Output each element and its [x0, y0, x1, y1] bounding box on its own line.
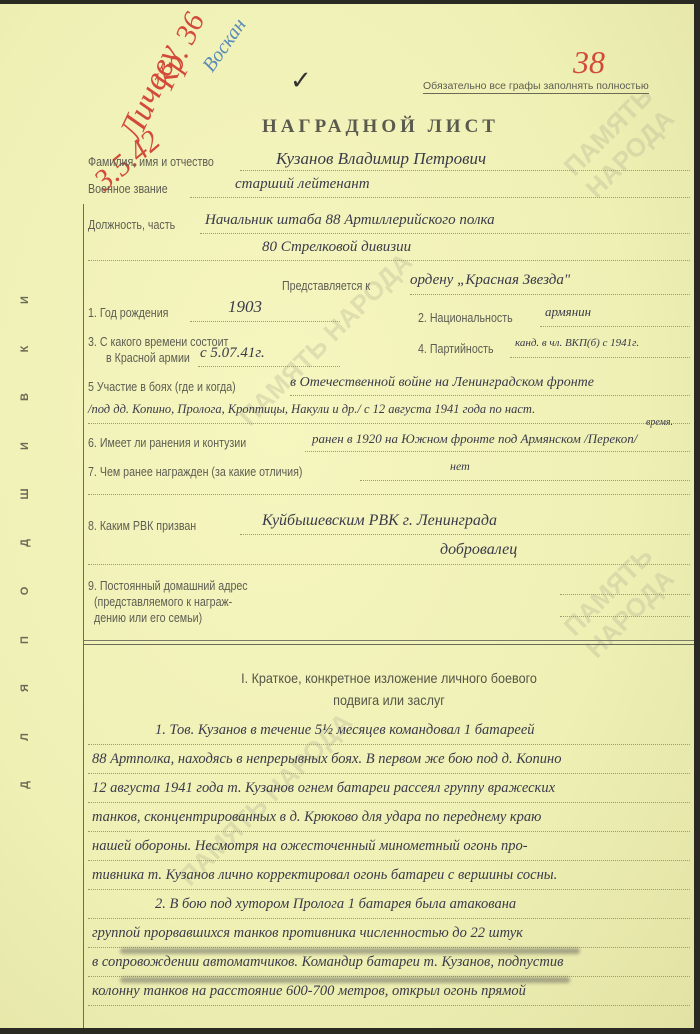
wounds-value: ранен в 1920 на Южном фронте под Армянск… [312, 431, 637, 447]
address-label: 9. Постоянный домашний адрес [88, 578, 248, 593]
side-label-letter: К [19, 342, 31, 356]
army-since-value: с 5.07.41г. [200, 345, 265, 362]
dotted-line [510, 357, 690, 358]
full-name-label: Фамилия, имя и отчество [88, 154, 214, 169]
prev-awards-label: 7. Чем ранее награжден (за какие отличия… [88, 464, 302, 479]
award-value: ордену „Красная Звезда" [410, 272, 570, 289]
dotted-line [198, 366, 340, 367]
address-label-2: (представляемого к награж- [94, 594, 232, 609]
dotted-line [88, 1005, 690, 1006]
dotted-line [560, 594, 690, 595]
dotted-line [240, 534, 690, 535]
dotted-line [540, 326, 690, 327]
dotted-line [190, 321, 340, 322]
side-label-letter: И [19, 293, 31, 307]
battles-label: 5 Участие в боях (где и когда) [88, 379, 236, 394]
party-label: 4. Партийность [418, 341, 494, 356]
birth-year-value: 1903 [228, 297, 262, 317]
ink-smear [120, 948, 580, 954]
narrative-line: в сопровождении автоматчиков. Командир б… [92, 954, 563, 971]
side-label-letter: И [19, 439, 31, 453]
section-title-2: подвига или заслуг [115, 692, 664, 708]
dotted-line [88, 260, 690, 261]
dotted-line [88, 773, 690, 774]
dotted-line [88, 860, 690, 861]
dotted-line [410, 294, 690, 295]
position-value-line2: 80 Стрелковой дивизии [262, 239, 411, 256]
side-label-letter: П [19, 633, 31, 647]
nationality-label: 2. Национальность [418, 310, 513, 325]
nationality-value: армянин [545, 304, 591, 320]
address-label-3: дению или его семьи) [94, 610, 202, 625]
side-label-letter: В [19, 390, 31, 404]
dotted-line [88, 802, 690, 803]
rank-value: старший лейтенант [235, 176, 370, 193]
section-divider [84, 640, 694, 645]
rank-label: Военное звание [88, 181, 168, 196]
narrative-line: 88 Артполка, находясь в непрерывных боях… [92, 751, 562, 768]
full-name-value: Кузанов Владимир Петрович [276, 149, 486, 169]
rvk-value: Куйбышевским РВК г. Ленинграда [262, 512, 497, 530]
dotted-line [88, 494, 690, 495]
dotted-line [200, 233, 690, 234]
dotted-line [88, 423, 690, 424]
dotted-line [240, 170, 690, 171]
side-label-letter: Ш [19, 487, 31, 501]
narrative-line: нашей обороны. Несмотря на ожесточенный … [92, 838, 528, 855]
side-label-letter: О [19, 584, 31, 598]
narrative-line: колонну танков на расстояние 600-700 мет… [92, 983, 526, 1000]
side-label-letter: Я [19, 681, 31, 695]
battles-value-line2: /под дд. Копино, Пролога, Кроптицы, Наку… [88, 402, 535, 417]
dotted-line [290, 395, 690, 396]
wounds-label: 6. Имеет ли ранения и контузии [88, 435, 246, 450]
rvk-label: 8. Каким РВК призван [88, 518, 196, 533]
narrative-line: 12 августа 1941 года т. Кузанов огнем ба… [92, 780, 555, 797]
dotted-line [190, 197, 690, 198]
side-label-letter: Л [19, 730, 31, 744]
dotted-line [360, 480, 690, 481]
dotted-line [88, 564, 690, 565]
position-value: Начальник штаба 88 Артиллерийского полка [205, 212, 495, 229]
narrative-line: 2. В бою под хутором Пролога 1 батарея б… [155, 896, 516, 913]
prev-awards-value: нет [450, 459, 470, 474]
award-sheet-page: ПАМЯТЬ НАРОДА ПАМЯТЬ НАРОДА ПАМЯТЬ НАРОД… [0, 4, 694, 1028]
dotted-line [560, 616, 690, 617]
side-label-letter: Д [19, 778, 31, 792]
army-since-label-2: в Красной армии [106, 350, 190, 365]
position-label: Должность, часть [88, 217, 175, 232]
side-label-letter: Д [19, 536, 31, 550]
fill-all-fields-notice: Обязательно все графы заполнять полность… [423, 80, 649, 94]
red-corner-number: 38 [573, 44, 605, 81]
battles-value-line3: время. [646, 417, 673, 428]
party-value: канд. в чл. ВКП(б) с 1941г. [515, 337, 639, 349]
dotted-line [88, 744, 690, 745]
narrative-line: тивника т. Кузанов лично корректировал о… [92, 867, 557, 884]
narrative-line: танков, сконцентрированных в д. Крюково … [92, 809, 541, 826]
award-label: Представляется к [282, 278, 370, 293]
dotted-line [88, 889, 690, 890]
rvk-value-line2: добровалец [440, 541, 517, 559]
margin-rule [83, 204, 84, 1028]
ink-smear [120, 977, 570, 983]
dotted-line [305, 451, 690, 452]
dotted-line [88, 918, 690, 919]
narrative-line: 1. Тов. Кузанов в течение 5½ месяцев ком… [155, 722, 535, 739]
narrative-line: группой прорвавшихся танков противника ч… [92, 925, 523, 942]
document-title: НАГРАДНОЙ ЛИСТ [262, 116, 499, 138]
check-mark-icon: ✓ [290, 66, 312, 96]
section-title: I. Краткое, конкретное изложение личного… [115, 670, 664, 686]
battles-value: в Отечественной войне на Ленинградском ф… [290, 375, 594, 391]
dotted-line [88, 831, 690, 832]
birth-year-label: 1. Год рождения [88, 305, 168, 320]
